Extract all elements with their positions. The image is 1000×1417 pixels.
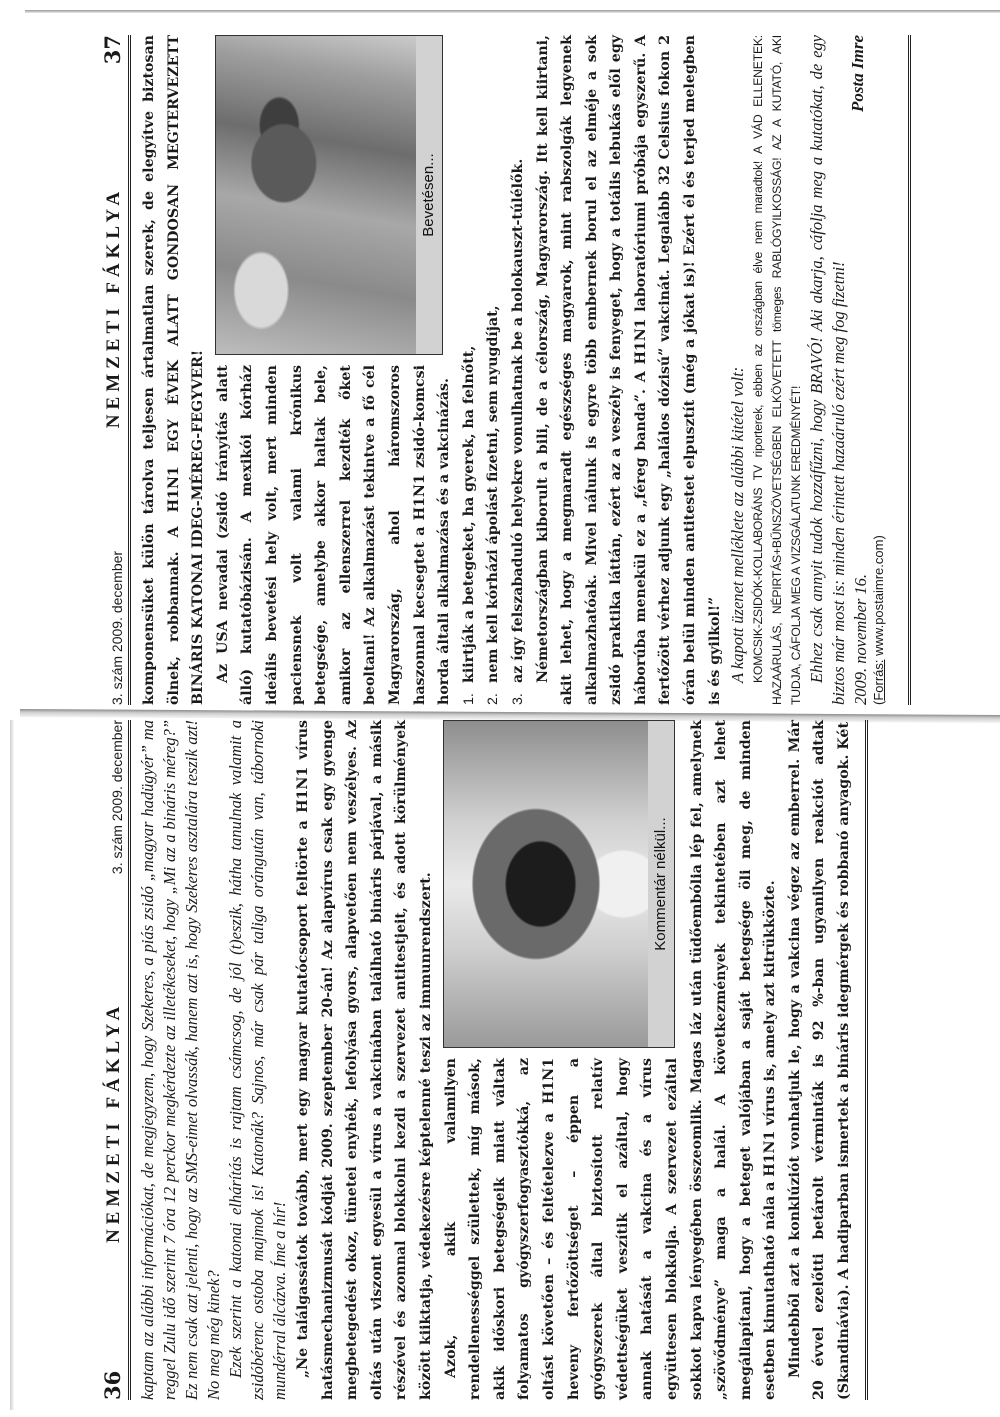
- paragraph-intro: A kapott üzenet melléklete az alábbi kit…: [727, 35, 749, 705]
- quoted-message: KOMCSIK-ZSIDÓK-KOLLABORÁNS TV riporterek…: [749, 35, 806, 705]
- page-header: 36 NEMZETI FÁKLYA 3. szám 2009. december: [95, 720, 131, 1400]
- issue-label: 3. szám 2009. december: [109, 720, 125, 874]
- paragraph: Mindebből azt a konklúziót vonhatjuk le,…: [783, 720, 857, 1400]
- page-body: komponensüket külön tárolva teljesen árt…: [131, 35, 911, 705]
- image-caption: Kommentár nélkül...: [648, 721, 674, 1047]
- photo-hazmat-soldiers: Bevetésen...: [215, 35, 443, 355]
- paragraph: Németországban kiborult a bili, de a cél…: [531, 35, 728, 705]
- list-item: 1.kiirtják a betegeket, ha gyerek, ha fe…: [457, 35, 482, 683]
- scan-top-edge: [25, 10, 1000, 13]
- column-end-rule: [865, 720, 868, 1400]
- article-end-rule: [908, 35, 911, 705]
- page-36: 36 NEMZETI FÁKLYA 3. szám 2009. december…: [95, 720, 965, 1400]
- masthead: NEMZETI FÁKLYA: [103, 1002, 125, 1243]
- paragraph: kaptam az alábbi információkat, de megje…: [137, 720, 225, 1400]
- paragraph: „Ne találgassátok tovább, mert egy magya…: [291, 720, 439, 1400]
- source-label: Forrás:: [871, 659, 886, 700]
- masthead: NEMZETI FÁKLYA: [103, 187, 125, 428]
- image-caption: Bevetésen...: [416, 36, 442, 354]
- page-number: 37: [100, 35, 125, 64]
- scan-left-edge: [10, 720, 14, 1410]
- source-line: (Forrás: www.postaimre.com): [868, 35, 890, 705]
- list-item: 2.nem kell kórházi ápolást fizetni, sem …: [481, 35, 506, 683]
- photo-snake-syringes: Kommentár nélkül...: [443, 720, 675, 1048]
- paragraph: komponensüket külön tárolva teljesen árt…: [137, 35, 211, 705]
- source-link[interactable]: www.postaimre.com: [871, 540, 886, 656]
- issue-label: 3. szám 2009. december: [109, 551, 125, 705]
- numbered-list: 1.kiirtják a betegeket, ha gyerek, ha fe…: [457, 35, 531, 705]
- page-37: 3. szám 2009. december NEMZETI FÁKLYA 37…: [95, 35, 965, 705]
- paragraph: Ezek szerint a katonai elhárítás is rajt…: [225, 720, 291, 1400]
- page-number: 36: [100, 1371, 125, 1400]
- page-body: kaptam az alábbi információkat, de megje…: [131, 720, 868, 1400]
- paragraph: Ehhez csak annyit tudok hozzáfűzni, hogy…: [806, 35, 850, 705]
- page-header: 3. szám 2009. december NEMZETI FÁKLYA 37: [95, 35, 131, 705]
- list-item: 3.az így felszabaduló helyekre vonulhatn…: [506, 35, 531, 683]
